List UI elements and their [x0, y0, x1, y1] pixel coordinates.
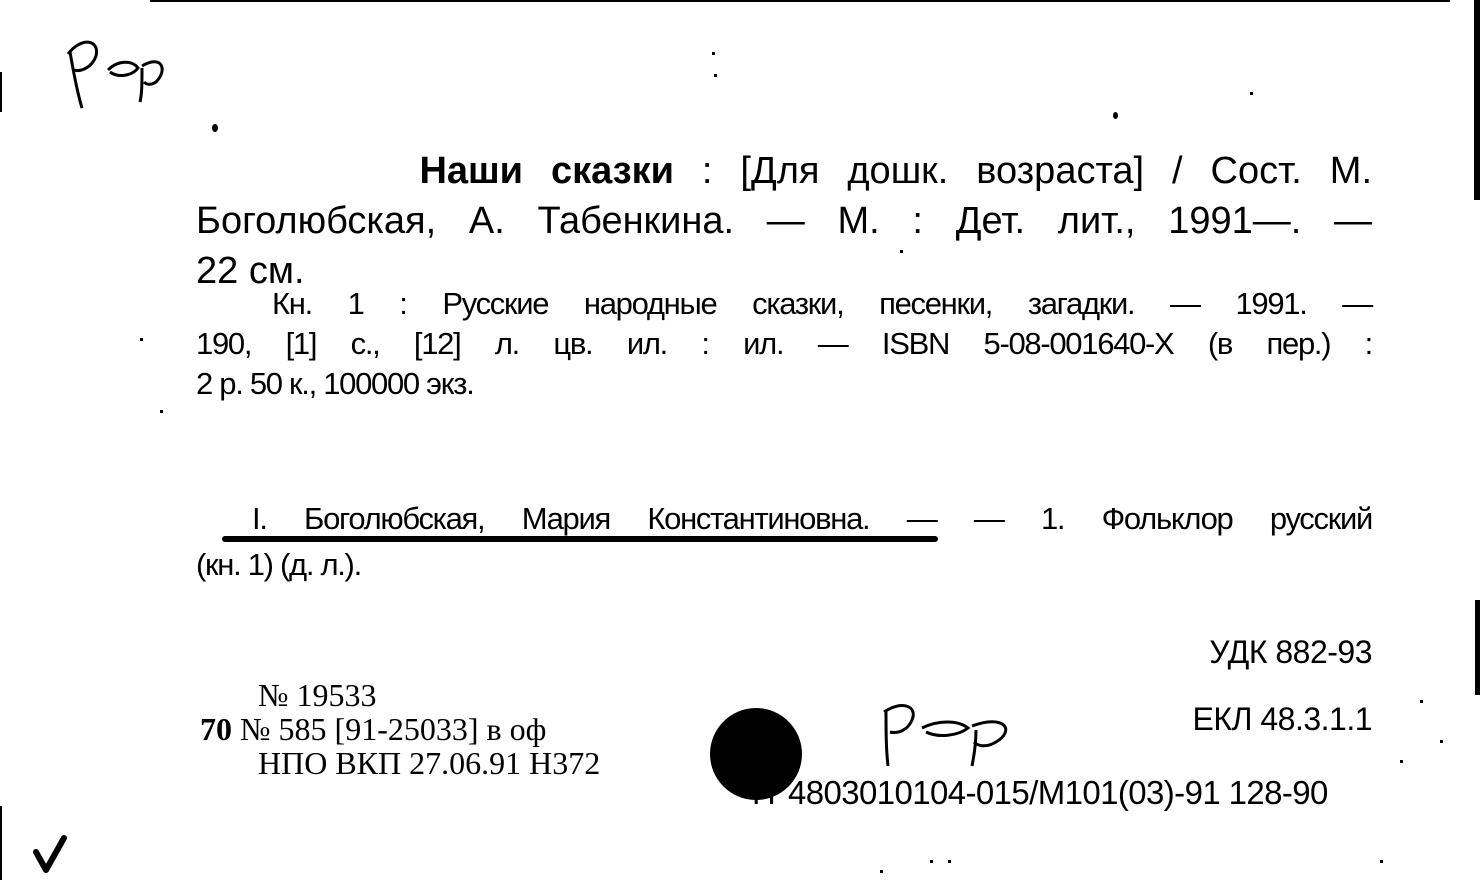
- volume-description-line-1: Кн. 1 : Русские народные сказки, песенки…: [196, 284, 1372, 324]
- card-edge-top: [150, 0, 1450, 2]
- speck: [1380, 860, 1383, 863]
- speck: [1250, 92, 1253, 95]
- card-edge-right-lower: [1475, 600, 1480, 695]
- checkmark-icon: [30, 830, 70, 875]
- volume-description: Кн. 1 : Русские народные сказки, песенки…: [196, 284, 1372, 404]
- udk-code: УДК 882-93: [1209, 634, 1372, 671]
- speck: [1440, 740, 1443, 743]
- speck: [880, 870, 883, 873]
- ekl-code: ЕКЛ 48.3.1.1: [1192, 701, 1372, 738]
- speck: [714, 74, 717, 77]
- tracings: I. Боголюбская, Мария Константиновна. — …: [196, 496, 1372, 588]
- handwritten-mark-top: [52, 30, 172, 120]
- main-description: Наши сказки : [Для дошк. возраста] / Сос…: [196, 146, 1372, 296]
- volume-description-line-2: 190, [1] с., [12] л. цв. ил. : ил. — ISB…: [196, 324, 1372, 364]
- publisher-code: П4803010104-015/М101(03)-91 128-90: [752, 774, 1328, 812]
- book-title: Наши сказки: [419, 150, 674, 192]
- speck: [160, 410, 163, 413]
- speck: [1400, 760, 1403, 763]
- card-edge-left: [0, 72, 2, 112]
- imprint-block: № 19533 70 № 585 [91-25033] в оф НПО ВКП…: [200, 678, 600, 780]
- main-description-line-2: Боголюбская, А. Табенкина. — М. : Дет. л…: [196, 196, 1372, 246]
- imprint-number: № 19533: [200, 678, 600, 712]
- tracings-line-2: (кн. 1) (д. л.).: [196, 542, 1372, 588]
- ink-dot: [1113, 112, 1118, 119]
- imprint-publisher-line: НПО ВКП 27.06.91 Н372: [200, 746, 600, 780]
- speck: [900, 250, 903, 253]
- speck: [712, 52, 715, 55]
- volume-description-line-3: 2 р. 50 к., 100000 экз.: [196, 364, 1372, 404]
- handwritten-mark-bottom: [878, 700, 1018, 770]
- pen-underline: [222, 536, 938, 542]
- speck: [948, 860, 951, 863]
- catalog-card: Наши сказки : [Для дошк. возраста] / Сос…: [0, 0, 1480, 880]
- main-description-line-1: Наши сказки : [Для дошк. возраста] / Сос…: [196, 146, 1372, 196]
- ink-dot: [212, 124, 218, 132]
- speck: [1420, 700, 1423, 703]
- speck: [930, 860, 933, 863]
- card-edge-left-lower: [0, 806, 2, 880]
- speck: [140, 338, 143, 341]
- card-edge-right: [1474, 0, 1480, 200]
- imprint-order-line: 70 № 585 [91-25033] в оф: [200, 712, 600, 746]
